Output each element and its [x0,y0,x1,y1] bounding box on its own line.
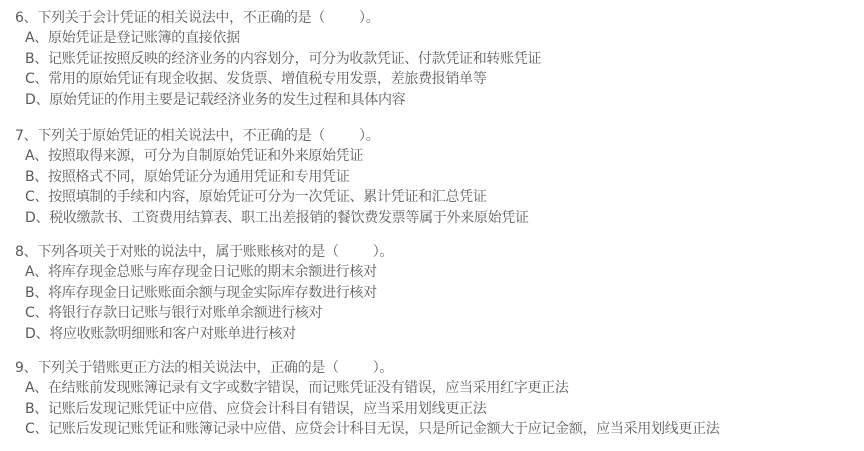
question-7: 7、下列关于原始凭证的相关说法中，不正确的是（）。 A、按照取得来源，可分为自制… [15,126,529,228]
option-b[interactable]: B、按照格式不同，原始凭证分为通用凭证和专用凭证 [15,167,529,188]
option-a[interactable]: A、按照取得来源，可分为自制原始凭证和外来原始凭证 [15,146,529,167]
question-stem: 8、下列各项关于对账的说法中，属于账账核对的是（）。 [15,242,393,262]
option-b[interactable]: B、记账后发现记账凭证中应借、应贷会计科目有错误，应当采用划线更正法 [15,399,720,420]
option-c[interactable]: C、按照填制的手续和内容，原始凭证可分为一次凭证、累计凭证和汇总凭证 [15,187,529,208]
question-stem: 7、下列关于原始凭证的相关说法中，不正确的是（）。 [15,126,529,146]
option-b[interactable]: B、记账凭证按照反映的经济业务的内容划分，可分为收款凭证、付款凭证和转账凭证 [15,49,541,70]
option-d[interactable]: D、将应收账款明细账和客户对账单进行核对 [15,324,393,345]
question-8: 8、下列各项关于对账的说法中，属于账账核对的是（）。 A、将库存现金总账与库存现… [15,242,393,344]
question-stem: 6、下列关于会计凭证的相关说法中，不正确的是（）。 [15,8,541,28]
question-6: 6、下列关于会计凭证的相关说法中，不正确的是（）。 A、原始凭证是登记账簿的直接… [15,8,541,110]
question-stem: 9、下列关于错账更正方法的相关说法中，正确的是（）。 [15,358,720,378]
option-b[interactable]: B、将库存现金日记账账面余额与现金实际库存数进行核对 [15,283,393,304]
option-a[interactable]: A、将库存现金总账与库存现金日记账的期末余额进行核对 [15,262,393,283]
option-c[interactable]: C、常用的原始凭证有现金收据、发货票、增值税专用发票，差旅费报销单等 [15,69,541,90]
option-c[interactable]: C、记账后发现记账凭证和账簿记录中应借、应贷会计科目无误，只是所记金额大于应记金… [15,419,720,440]
option-d[interactable]: D、原始凭证的作用主要是记载经济业务的发生过程和具体内容 [15,90,541,111]
option-d[interactable]: D、税收缴款书、工资费用结算表、职工出差报销的餐饮费发票等属于外来原始凭证 [15,208,529,229]
option-a[interactable]: A、原始凭证是登记账簿的直接依据 [15,28,541,49]
option-c[interactable]: C、将银行存款日记账与银行对账单余额进行核对 [15,303,393,324]
question-9: 9、下列关于错账更正方法的相关说法中，正确的是（）。 A、在结账前发现账簿记录有… [15,358,720,440]
option-a[interactable]: A、在结账前发现账簿记录有文字或数字错误，而记账凭证没有错误，应当采用红字更正法 [15,378,720,399]
